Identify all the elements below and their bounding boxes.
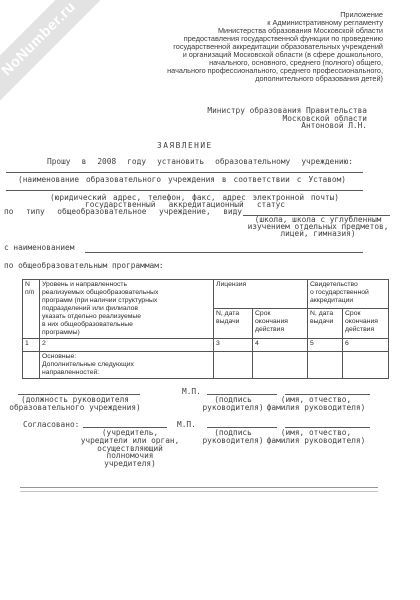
- name-caption: (наименование образовательного учреждени…: [18, 175, 346, 184]
- programs-line: по общеобразовательным программам:: [4, 261, 164, 270]
- th-certificate: Свидетельство о государственной аккредит…: [308, 280, 389, 309]
- fill-line-name: [6, 172, 363, 173]
- col-index-cell: 4: [253, 339, 308, 352]
- stamp-label: М.П.: [177, 420, 196, 429]
- request-line: Прошу в 2008 году установить образовател…: [47, 157, 353, 166]
- watermark-ribbon: NoNumber.ru: [0, 0, 114, 114]
- head-caption: (должность руководителя образовательного…: [6, 396, 144, 412]
- cell-level-values: Основные: Дополнительные следующих напра…: [40, 352, 214, 379]
- col-index-cell: 3: [214, 339, 253, 352]
- watermark-label: NoNumber.ru: [0, 0, 79, 79]
- col-index-cell: 1: [23, 339, 40, 352]
- col-index-cell: 2: [40, 339, 214, 352]
- cell-empty: [214, 352, 253, 379]
- fullname-caption: (имя, отчество, фамилия руководителя): [265, 396, 367, 412]
- programs-table: N п/п Уровень и направленность реализуем…: [22, 279, 389, 379]
- name-line: с наименованием: [4, 243, 74, 252]
- th-license-number-date: N, дата выдачи: [214, 309, 253, 339]
- type-line: по типу общеобразовательное учреждение, …: [4, 207, 242, 216]
- fill-line-institution-name: [85, 252, 363, 253]
- cell-empty: [343, 352, 389, 379]
- cell-empty: [23, 352, 40, 379]
- agreed-label: Согласовано:: [23, 420, 79, 429]
- stamp-label: М.П.: [182, 387, 201, 396]
- fill-line-address: [6, 190, 363, 191]
- th-certificate-expiry: Срок окончания действия: [343, 309, 389, 339]
- fullname-caption: (имя, отчество, фамилия руководителя): [265, 429, 367, 445]
- col-index-cell: 6: [343, 339, 389, 352]
- th-certificate-number-date: N, дата выдачи: [308, 309, 343, 339]
- appendix-header: Приложение к Административному регламент…: [167, 11, 383, 83]
- th-level: Уровень и направленность реализуемых общ…: [40, 280, 214, 339]
- th-row-number: N п/п: [23, 280, 40, 339]
- addressee-block: Министру образования Правительства Моско…: [207, 107, 367, 130]
- sign-caption: (подпись руководителя): [198, 396, 268, 412]
- th-license-expiry: Срок окончания действия: [253, 309, 308, 339]
- th-license: Лицензия: [214, 280, 308, 309]
- document-page: NoNumber.ru Приложение к Административно…: [0, 0, 420, 600]
- type-hint: (школа, школа с углубленным изучением от…: [240, 216, 396, 238]
- cell-empty: [253, 352, 308, 379]
- cell-empty: [308, 352, 343, 379]
- form-title: ЗАЯВЛЕНИЕ: [157, 141, 213, 150]
- founder-caption: (учредитель, учредители или орган, осуще…: [60, 429, 200, 468]
- sign-caption: (подпись руководителя): [198, 429, 268, 445]
- col-index-cell: 5: [308, 339, 343, 352]
- document-end-divider: [20, 487, 378, 492]
